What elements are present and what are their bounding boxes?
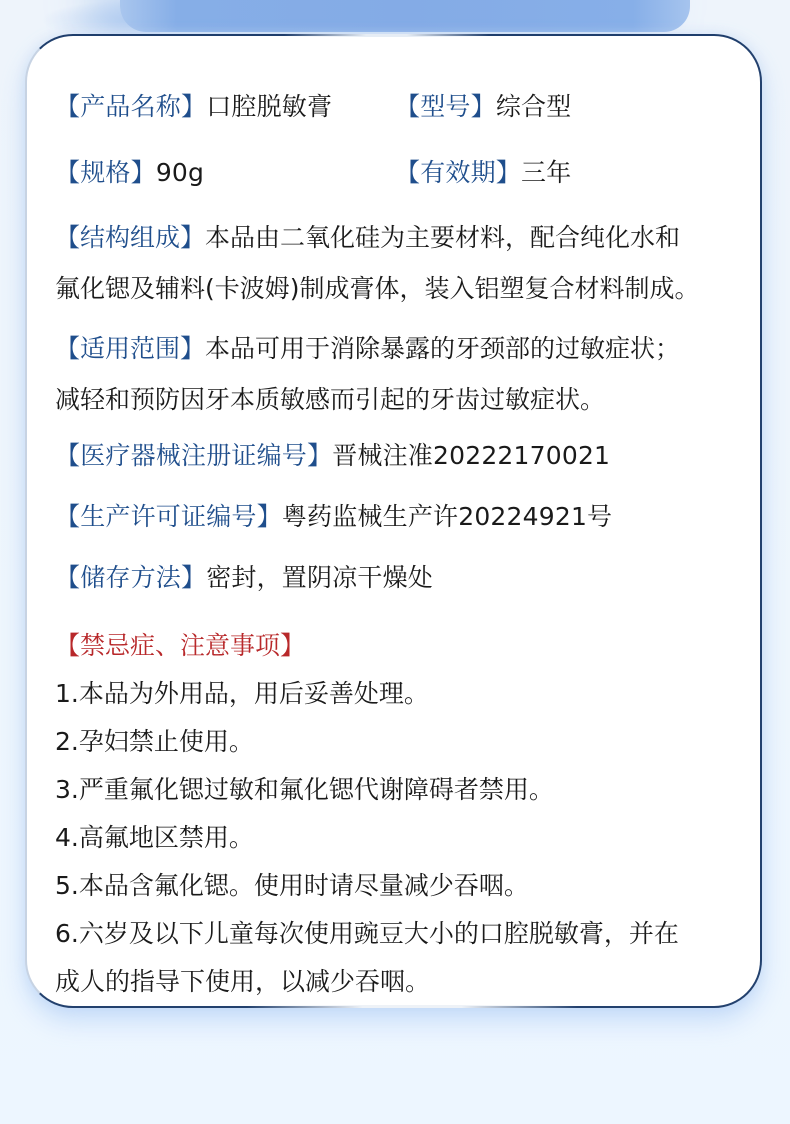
notice-item: 6.六岁及以下儿童每次使用豌豆大小的口腔脱敏膏，并在	[55, 918, 679, 950]
scope-line-1: 【适用范围】本品可用于消除暴露的牙颈部的过敏症状；	[55, 333, 755, 365]
model-value: 综合型	[496, 92, 572, 121]
composition-text-1: 本品由二氧化硅为主要材料，配合纯化水和	[205, 223, 680, 252]
notice-item: 3.严重氟化锶过敏和氟化锶代谢障碍者禁用。	[55, 774, 679, 806]
row-name-model: 【产品名称】口腔脱敏膏 【型号】综合型	[55, 91, 332, 123]
notice-item: 4.高氟地区禁用。	[55, 822, 679, 854]
contraindications-title: 【禁忌症、注意事项】	[55, 630, 679, 662]
composition-line-2: 氟化锶及辅料(卡波姆)制成膏体，装入铝塑复合材料制成。	[55, 273, 755, 305]
registration-value: 晋械注准20222170021	[332, 441, 610, 470]
spec-field: 【规格】90g	[55, 158, 204, 187]
row-spec-validity: 【规格】90g 【有效期】三年	[55, 157, 204, 189]
validity-label: 【有效期】	[395, 158, 521, 187]
product-name-label: 【产品名称】	[55, 92, 206, 121]
scope-label: 【适用范围】	[55, 334, 205, 363]
scope-section: 【适用范围】本品可用于消除暴露的牙颈部的过敏症状； 减轻和预防因牙本质敏感而引起…	[55, 333, 755, 416]
notice-item-continuation: 成人的指导下使用，以减少吞咽。	[55, 966, 679, 998]
scope-text-1: 本品可用于消除暴露的牙颈部的过敏症状；	[205, 334, 680, 363]
production-license-value: 粤药监械生产许20224921号	[282, 502, 612, 531]
registration-field: 【医疗器械注册证编号】晋械注准20222170021	[55, 440, 610, 472]
registration-label: 【医疗器械注册证编号】	[55, 441, 332, 470]
notice-item: 5.本品含氟化锶。使用时请尽量减少吞咽。	[55, 870, 679, 902]
product-name-field: 【产品名称】口腔脱敏膏	[55, 92, 332, 121]
spec-value: 90g	[156, 158, 204, 187]
validity-value: 三年	[521, 158, 571, 187]
model-field: 【型号】综合型	[395, 91, 571, 123]
storage-value: 密封，置阴凉干燥处	[206, 563, 433, 592]
composition-section: 【结构组成】本品由二氧化硅为主要材料，配合纯化水和 氟化锶及辅料(卡波姆)制成膏…	[55, 222, 755, 305]
scope-line-2: 减轻和预防因牙本质敏感而引起的牙齿过敏症状。	[55, 384, 755, 416]
composition-line-1: 【结构组成】本品由二氧化硅为主要材料，配合纯化水和	[55, 222, 755, 254]
production-license-field: 【生产许可证编号】粤药监械生产许20224921号	[55, 501, 612, 533]
contraindications-section: 【禁忌症、注意事项】 1.本品为外用品，用后妥善处理。 2.孕妇禁止使用。 3.…	[55, 630, 679, 998]
top-decorative-tab	[120, 0, 690, 32]
composition-label: 【结构组成】	[55, 223, 205, 252]
notice-item: 2.孕妇禁止使用。	[55, 726, 679, 758]
validity-field: 【有效期】三年	[395, 157, 571, 189]
spec-label: 【规格】	[55, 158, 156, 187]
storage-field: 【储存方法】密封，置阴凉干燥处	[55, 562, 433, 594]
product-info-card: 【产品名称】口腔脱敏膏 【型号】综合型 【规格】90g 【有效期】三年 【结构组…	[25, 34, 762, 1008]
production-license-label: 【生产许可证编号】	[55, 502, 282, 531]
product-name-value: 口腔脱敏膏	[206, 92, 332, 121]
model-label: 【型号】	[395, 92, 496, 121]
notice-item: 1.本品为外用品，用后妥善处理。	[55, 678, 679, 710]
storage-label: 【储存方法】	[55, 563, 206, 592]
